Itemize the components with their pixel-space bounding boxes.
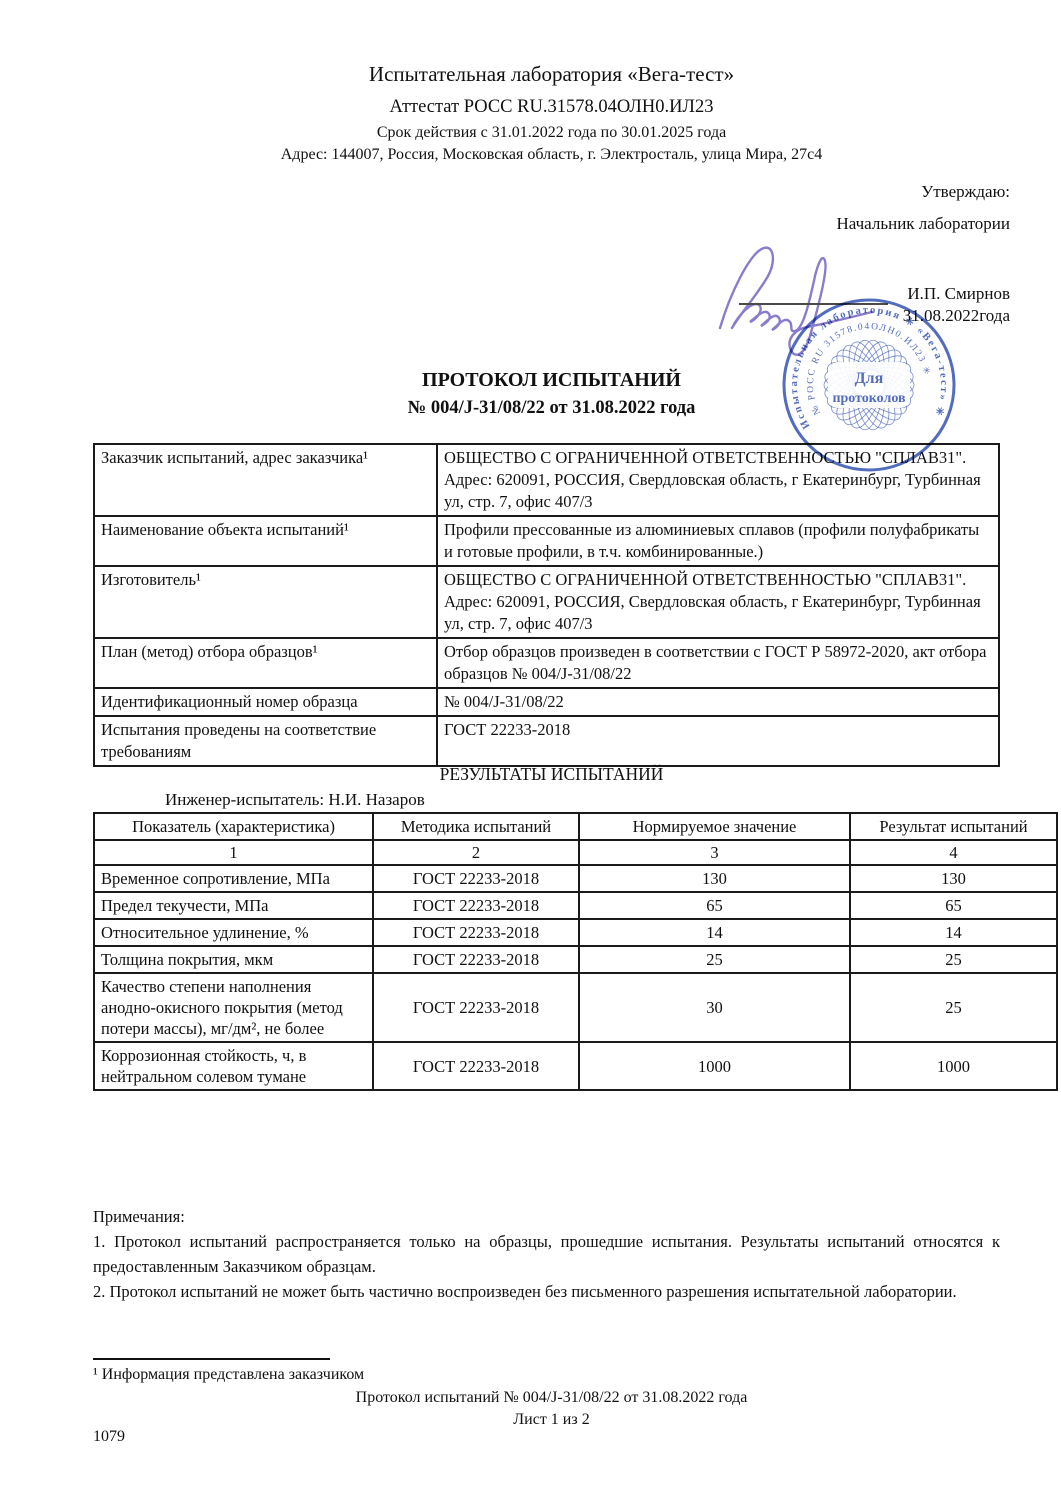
table-row: Качество степени наполнения анодно-окисн… (94, 973, 1057, 1042)
stamp-center-line1: Для (855, 370, 884, 387)
param-method: ГОСТ 22233-2018 (373, 973, 579, 1042)
table-row: Временное сопротивление, МПа ГОСТ 22233-… (94, 865, 1057, 892)
col-header: Нормируемое значение (579, 813, 850, 840)
note-item: 1. Протокол испытаний распространяется т… (93, 1229, 1000, 1279)
address-line: Адрес: 144007, Россия, Московская област… (93, 146, 1010, 164)
col-number: 4 (850, 840, 1057, 865)
engineer-line: Инженер-испытатель: Н.И. Назаров (165, 790, 425, 810)
col-header: Результат испытаний (850, 813, 1057, 840)
footnote-text: ¹ Информация представлена заказчиком (93, 1366, 364, 1384)
round-stamp: Испытательная лаборатория ✳ «Вега-тест» … (781, 297, 957, 473)
attestation-line: Аттестат РОСС RU.31578.04ОЛН0.ИЛ23 (93, 97, 1010, 118)
footnote-separator (93, 1358, 330, 1360)
notes-heading: Примечания: (93, 1204, 1000, 1229)
table-row: Толщина покрытия, мкм ГОСТ 22233-2018 25… (94, 946, 1057, 973)
table-row: План (метод) отбора образцов¹ Отбор обра… (94, 638, 999, 688)
param-label: Коррозионная стойкость, ч, в нейтральном… (94, 1042, 373, 1090)
info-label: Идентификационный номер образца (94, 688, 437, 716)
info-label: Испытания проведены на соответствие треб… (94, 716, 437, 766)
lab-name: Испытательная лаборатория «Вега-тест» (93, 62, 1010, 87)
param-norm: 65 (579, 892, 850, 919)
param-norm: 1000 (579, 1042, 850, 1090)
validity-line: Срок действия с 31.01.2022 года по 30.01… (93, 124, 1010, 142)
info-label: Изготовитель¹ (94, 566, 437, 638)
param-norm: 25 (579, 946, 850, 973)
col-number: 2 (373, 840, 579, 865)
param-label: Временное сопротивление, МПа (94, 865, 373, 892)
table-row: Предел текучести, МПа ГОСТ 22233-2018 65… (94, 892, 1057, 919)
info-value: Профили прессованные из алюминиевых спла… (437, 516, 999, 566)
note-item: 2. Протокол испытаний не может быть част… (93, 1279, 1000, 1304)
info-value: ГОСТ 22233-2018 (437, 716, 999, 766)
param-result: 1000 (850, 1042, 1057, 1090)
notes-block: Примечания: 1. Протокол испытаний распро… (93, 1204, 1000, 1304)
table-row: Коррозионная стойкость, ч, в нейтральном… (94, 1042, 1057, 1090)
param-result: 130 (850, 865, 1057, 892)
param-method: ГОСТ 22233-2018 (373, 1042, 579, 1090)
param-method: ГОСТ 22233-2018 (373, 892, 579, 919)
info-label: Заказчик испытаний, адрес заказчика¹ (94, 444, 437, 516)
results-heading: РЕЗУЛЬТАТЫ ИСПЫТАНИЙ (93, 764, 1010, 785)
param-result: 25 (850, 973, 1057, 1042)
info-label: План (метод) отбора образцов¹ (94, 638, 437, 688)
table-row: Изготовитель¹ ОБЩЕСТВО С ОГРАНИЧЕННОЙ ОТ… (94, 566, 999, 638)
param-result: 25 (850, 946, 1057, 973)
col-header: Методика испытаний (373, 813, 579, 840)
document-page: Испытательная лаборатория «Вега-тест» Ат… (0, 0, 1061, 1500)
param-norm: 14 (579, 919, 850, 946)
info-table: Заказчик испытаний, адрес заказчика¹ ОБЩ… (93, 443, 1000, 767)
col-number: 1 (94, 840, 373, 865)
param-result: 14 (850, 919, 1057, 946)
footer-sheet-line: Лист 1 из 2 (93, 1411, 1010, 1429)
param-label: Относительное удлинение, % (94, 919, 373, 946)
approver-position: Начальник лаборатории (836, 214, 1010, 234)
table-row: Идентификационный номер образца № 004/J-… (94, 688, 999, 716)
results-header-row: Показатель (характеристика) Методика исп… (94, 813, 1057, 840)
info-value: ОБЩЕСТВО С ОГРАНИЧЕННОЙ ОТВЕТСТВЕННОСТЬЮ… (437, 566, 999, 638)
col-header: Показатель (характеристика) (94, 813, 373, 840)
footer-protocol-line: Протокол испытаний № 004/J-31/08/22 от 3… (93, 1389, 1010, 1407)
param-label: Предел текучести, МПа (94, 892, 373, 919)
results-table: Показатель (характеристика) Методика исп… (93, 812, 1058, 1091)
approval-block: Утверждаю: Начальник лаборатории (836, 182, 1010, 234)
info-label: Наименование объекта испытаний¹ (94, 516, 437, 566)
param-norm: 30 (579, 973, 850, 1042)
table-row: Испытания проведены на соответствие треб… (94, 716, 999, 766)
param-method: ГОСТ 22233-2018 (373, 919, 579, 946)
info-value: № 004/J-31/08/22 (437, 688, 999, 716)
table-row: Наименование объекта испытаний¹ Профили … (94, 516, 999, 566)
col-number: 3 (579, 840, 850, 865)
param-result: 65 (850, 892, 1057, 919)
param-method: ГОСТ 22233-2018 (373, 946, 579, 973)
approve-label: Утверждаю: (836, 182, 1010, 202)
param-label: Качество степени наполнения анодно-окисн… (94, 973, 373, 1042)
page-number: 1079 (93, 1428, 125, 1446)
stamp-center-line2: протоколов (832, 391, 906, 406)
info-value: Отбор образцов произведен в соответствии… (437, 638, 999, 688)
table-row: Относительное удлинение, % ГОСТ 22233-20… (94, 919, 1057, 946)
param-label: Толщина покрытия, мкм (94, 946, 373, 973)
param-norm: 130 (579, 865, 850, 892)
results-number-row: 1 2 3 4 (94, 840, 1057, 865)
param-method: ГОСТ 22233-2018 (373, 865, 579, 892)
